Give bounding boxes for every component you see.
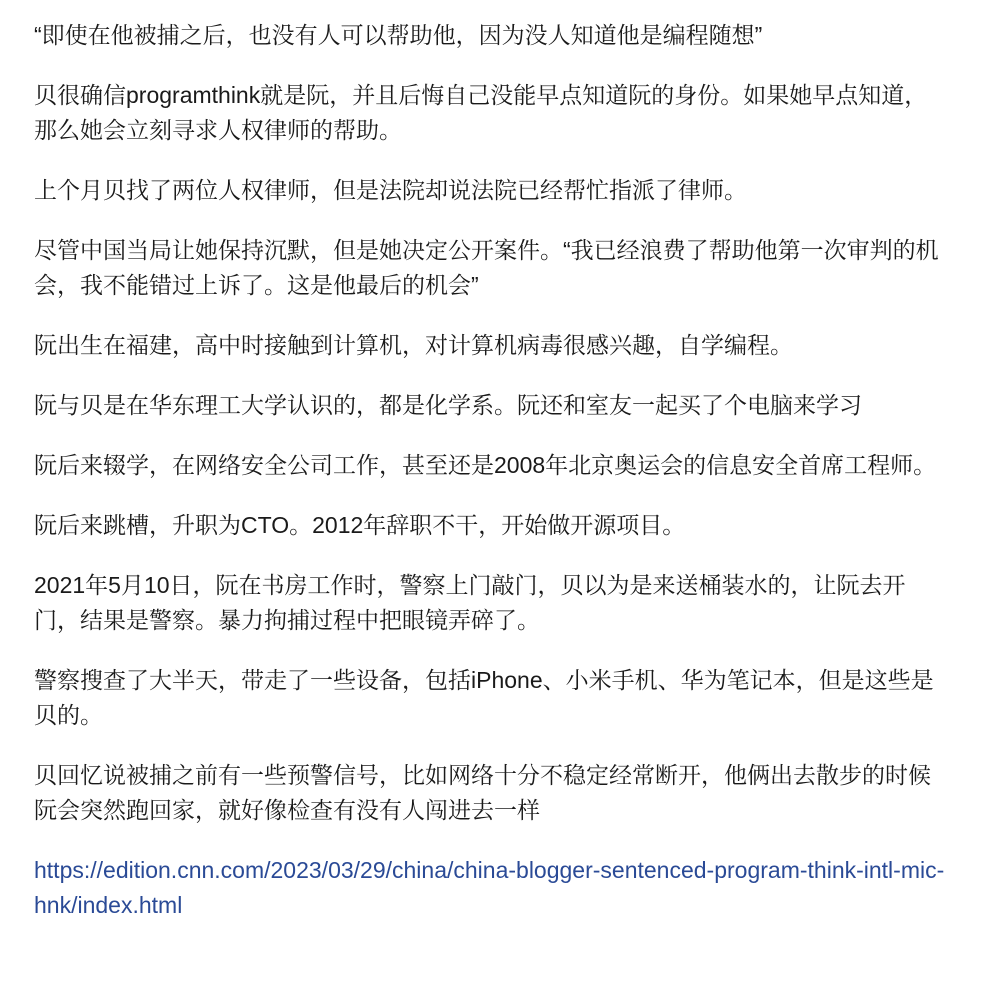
paragraph: 阮后来辍学，在网络安全公司工作，甚至还是2008年北京奥运会的信息安全首席工程师… (34, 448, 950, 483)
paragraph: 阮出生在福建，高中时接触到计算机，对计算机病毒很感兴趣，自学编程。 (34, 328, 950, 363)
source-link-paragraph: https://edition.cnn.com/2023/03/29/china… (34, 853, 950, 923)
paragraph: “即使在他被捕之后，也没有人可以帮助他，因为没人知道他是编程随想” (34, 18, 950, 53)
document-body: “即使在他被捕之后，也没有人可以帮助他，因为没人知道他是编程随想”贝很确信pro… (0, 0, 984, 923)
source-link[interactable]: https://edition.cnn.com/2023/03/29/china… (34, 857, 944, 918)
paragraph-list: “即使在他被捕之后，也没有人可以帮助他，因为没人知道他是编程随想”贝很确信pro… (34, 18, 950, 828)
paragraph: 阮后来跳槽，升职为CTO。2012年辞职不干，开始做开源项目。 (34, 508, 950, 543)
paragraph: 警察搜查了大半天，带走了一些设备，包括iPhone、小米手机、华为笔记本，但是这… (34, 663, 950, 733)
paragraph: 尽管中国当局让她保持沉默，但是她决定公开案件。“我已经浪费了帮助他第一次审判的机… (34, 233, 950, 303)
paragraph: 2021年5月10日，阮在书房工作时，警察上门敲门，贝以为是来送桶装水的，让阮去… (34, 568, 950, 638)
paragraph: 贝回忆说被捕之前有一些预警信号，比如网络十分不稳定经常断开，他俩出去散步的时候阮… (34, 758, 950, 828)
paragraph: 阮与贝是在华东理工大学认识的，都是化学系。阮还和室友一起买了个电脑来学习 (34, 388, 950, 423)
paragraph: 贝很确信programthink就是阮，并且后悔自己没能早点知道阮的身份。如果她… (34, 78, 950, 148)
paragraph: 上个月贝找了两位人权律师，但是法院却说法院已经帮忙指派了律师。 (34, 173, 950, 208)
